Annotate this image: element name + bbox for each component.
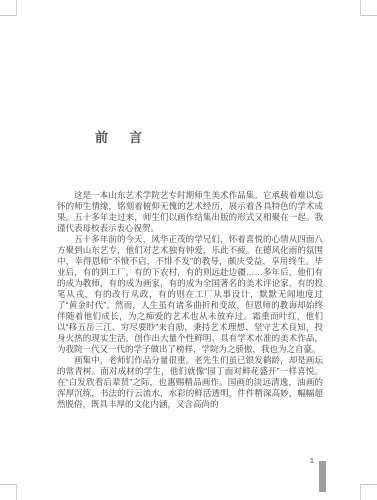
preface-heading: 前 言 bbox=[95, 127, 146, 146]
preface-body: 这是一本山东艺术学院艺专时期师生美术作品集。它承载着难以忘怀的师生情缘，铭刻着俯… bbox=[57, 190, 323, 410]
corner-mark-bottom-right bbox=[360, 484, 377, 500]
corner-mark-top-right bbox=[360, 0, 377, 16]
scanned-book-page: 前 言 这是一本山东艺术学院艺专时期师生美术作品集。它承载着难以忘怀的师生情缘，… bbox=[0, 0, 377, 500]
page-edge-bar bbox=[319, 461, 326, 492]
page-number: 1 bbox=[310, 458, 314, 465]
preface-paragraph-2: 五十多年前的今天，风华正茂的学兄们，怀着喜悦的心情从四面八方聚到山东艺专，他们对… bbox=[57, 234, 323, 355]
corner-mark-top-left bbox=[0, 0, 17, 16]
corner-mark-bottom-left bbox=[0, 484, 17, 500]
preface-paragraph-1: 这是一本山东艺术学院艺专时期师生美术作品集。它承载着难以忘怀的师生情缘，铭刻着俯… bbox=[57, 190, 323, 234]
preface-paragraph-3: 画集中，老师们作品分量很重。老先生们虽已银发鹤龄，却是画坛的常青树。面对成材的学… bbox=[57, 355, 323, 410]
